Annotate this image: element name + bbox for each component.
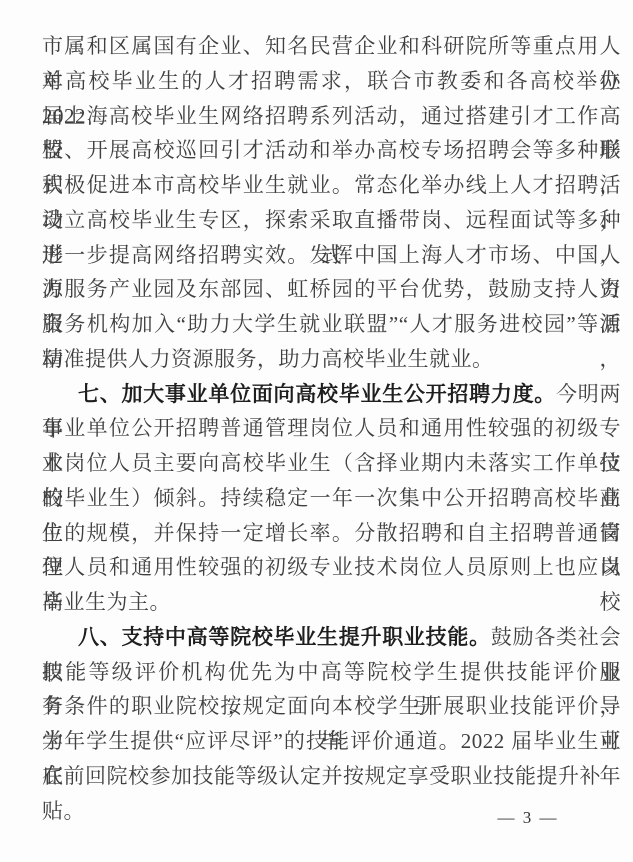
section-heading: 七、加大事业单位面向高校毕业生公开招聘力度。	[78, 383, 556, 406]
text-line: 对高校毕业生的人才招聘需求，联合市教委和各高校举办 2022	[42, 64, 621, 99]
text-line: 市属和区属国有企业、知名民营企业和科研院所等重点用人单位	[42, 29, 621, 64]
document-page: 市属和区属国有企业、知名民营企业和科研院所等重点用人单位对高校毕业生的人才招聘需…	[0, 0, 633, 862]
text-line: 七、加大事业单位面向高校毕业生公开招聘力度。今明两年	[42, 377, 621, 412]
text-line: 技能等级评价机构优先为中高等院校学生提供技能评价服务，引导	[42, 655, 621, 690]
page-number: — 3 —	[480, 808, 576, 828]
text-line: 盟、开展高校巡回引才活动和举办高校专场招聘会等多种形式，	[42, 133, 621, 168]
text-line: 底前回院校参加技能等级认定并按规定享受职业技能提升补贴。	[42, 759, 621, 794]
section-heading: 八、支持中高等院校毕业生提升职业技能。	[78, 626, 491, 649]
text-line: 设立高校毕业生专区，探索采取直播带岗、远程面试等多种形式，	[42, 203, 621, 238]
text-line: 服务机构加入“助力大学生就业联盟”“人才服务进校园”等活动，	[42, 307, 621, 342]
text-line: 术岗位人员主要向高校毕业生（含择业期内未落实工作单位的高	[42, 446, 621, 481]
text-line: 位人员和通用性较强的初级专业技术岗位人员原则上也应以高校	[42, 550, 621, 585]
text-line: 八、支持中高等院校毕业生提升职业技能。鼓励各类社会职业	[42, 620, 621, 655]
text-line: 积极促进本市高校毕业生就业。常态化举办线上人才招聘活动，	[42, 168, 621, 203]
line-text: 精准提供人力资源服务，助力高校毕业生就业。	[42, 347, 494, 371]
document-body: 市属和区属国有企业、知名民营企业和科研院所等重点用人单位对高校毕业生的人才招聘需…	[42, 29, 621, 794]
text-line: 届上海高校毕业生网络招聘系列活动，通过搭建引才工作高校联	[42, 99, 621, 134]
text-line: 学年学生提供“应评尽评”的技能评价通道。2022 届毕业生可在年	[42, 724, 621, 759]
text-line: 事业单位公开招聘普通管理岗位人员和通用性较强的初级专业技	[42, 411, 621, 446]
text-line: 进一步提高网络招聘实效。发挥中国上海人才市场、中国人力资	[42, 238, 621, 273]
text-line: 位的规模，并保持一定增长率。分散招聘和自主招聘普通管理岗	[42, 516, 621, 551]
line-text: 毕业生为主。	[42, 590, 171, 614]
text-line: 源服务产业园及东部园、虹桥园的平台优势，鼓励支持人力资源	[42, 272, 621, 307]
text-line: 有条件的职业院校按规定面向本校学生开展职业技能评价，为毕业	[42, 689, 621, 724]
text-line: 校毕业生）倾斜。持续稳定一年一次集中公开招聘高校毕业生岗	[42, 481, 621, 516]
